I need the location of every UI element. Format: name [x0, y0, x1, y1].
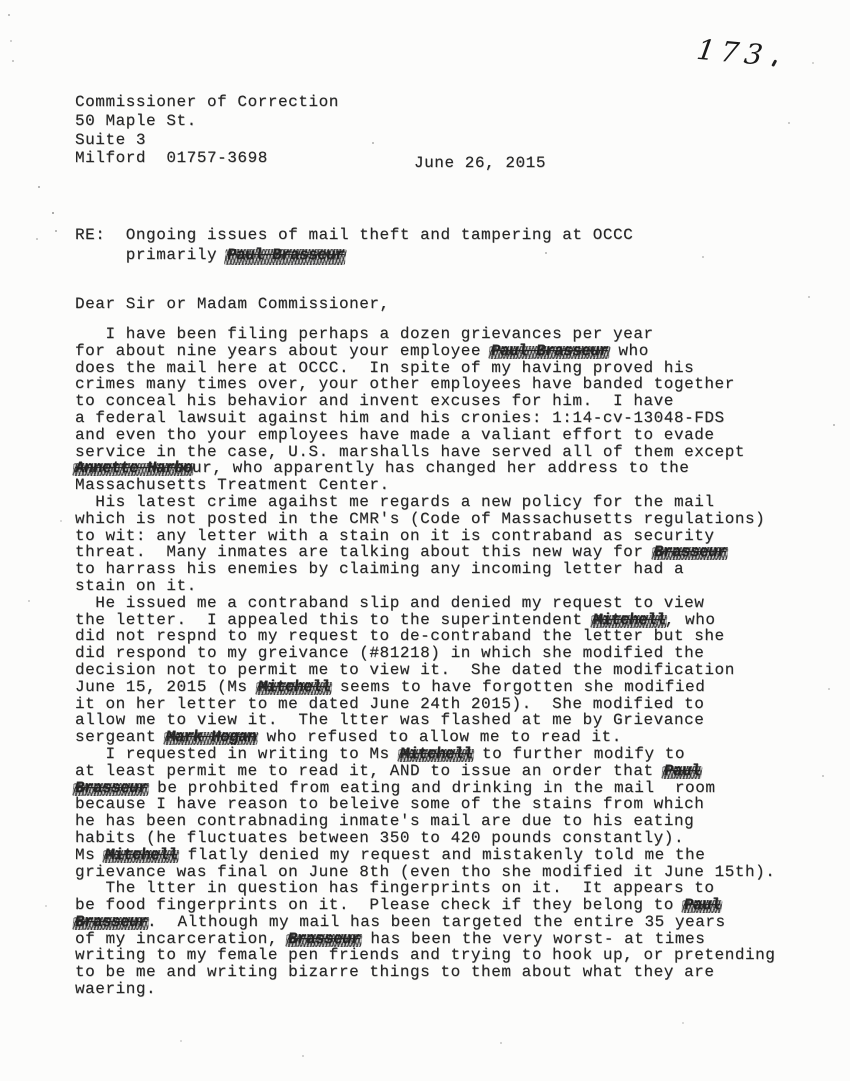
letter-body-line: Brasseur. Although my mail has been targ…	[75, 914, 775, 931]
redacted-name: Brasseur	[653, 544, 727, 561]
redacted-name: Paul	[663, 763, 701, 780]
letter-body-line: The ltter in question has fingerprints o…	[75, 880, 775, 897]
letter-body-line: decision not to permit me to view it. Sh…	[75, 662, 775, 679]
redacted-name: Brasseur	[74, 780, 148, 797]
redacted-name: Paul	[683, 897, 721, 914]
letter-body-line: threat. Many inmates are talking about t…	[75, 544, 775, 561]
redacted-name: Annette Harbo	[74, 460, 193, 477]
letter-body-line: June 15, 2015 (Ms Mitchell seems to have…	[75, 679, 775, 696]
letter-body-line: because I have reason to beleive some of…	[75, 796, 775, 813]
letter-body-line: grievance was final on June 8th (even th…	[75, 864, 775, 881]
redacted-name: Paul Brasseur	[490, 343, 609, 360]
letter-body-line: a federal lawsuit against him and his cr…	[75, 410, 775, 427]
sender-address-line: Milford 01757-3698	[75, 149, 339, 168]
letter-body-line: to wit: any letter with a stain on it is…	[75, 528, 775, 545]
letter-body-line: waering.	[75, 981, 775, 998]
letter-body-line: His latest crime agaihst me regards a ne…	[75, 494, 775, 511]
letter-body-line: it on her letter to me dated June 24th 2…	[75, 696, 775, 713]
sender-address-line: 50 Maple St.	[75, 112, 339, 131]
letter-body-line: the letter. I appealed this to the super…	[75, 612, 775, 629]
letter-body-line: service in the case, U.S. marshalls have…	[75, 444, 775, 461]
redacted-name: Mitchell	[104, 847, 178, 864]
letter-body-line: be food fingerprints on it. Please check…	[75, 897, 775, 914]
letter-body-line: to harrass his enemies by claiming any i…	[75, 561, 775, 578]
redacted-name: Brasseur	[74, 914, 148, 931]
letter-body-line: I requested in writing to Ms Mitchell to…	[75, 746, 775, 763]
salutation: Dear Sir or Madam Commissioner,	[75, 295, 390, 314]
sender-address-block: Commissioner of Correction50 Maple St.Su…	[75, 93, 339, 168]
re-subject-block: RE: Ongoing issues of mail theft and tam…	[75, 226, 633, 265]
scanned-letter-page: 173 Commissioner of Correction50 Maple S…	[0, 0, 850, 1081]
redacted-name: Brasseur	[287, 931, 361, 948]
letter-body-line: to conceal his behavior and invent excus…	[75, 393, 775, 410]
redacted-name: Mark Hogan	[165, 729, 257, 746]
letter-body-line: does the mail here at OCCC. In spite of …	[75, 360, 775, 377]
letter-body-line: to be me and writing bizarre things to t…	[75, 964, 775, 981]
letter-body-line: habits (he fluctuates between 350 to 420…	[75, 830, 775, 847]
letter-body-line: sergeant Mark Hogan who refused to allow…	[75, 729, 775, 746]
letter-body-line: he has been contrabnading inmate's mail …	[75, 813, 775, 830]
letter-body-line: stain on it.	[75, 578, 775, 595]
letter-body-line: which is not posted in the CMR's (Code o…	[75, 511, 775, 528]
letter-body-line: writing to my female pen friends and try…	[75, 947, 775, 964]
letter-body-line: Massachusetts Treatment Center.	[75, 477, 775, 494]
letter-body-line: at least permit me to read it, AND to is…	[75, 763, 775, 780]
letter-body: I have been filing perhaps a dozen griev…	[75, 326, 775, 998]
scan-noise-speckles	[0, 0, 2, 2]
letter-body-line: Brasseur be prohbited from eating and dr…	[75, 780, 775, 797]
re-subject-line: primarily Paul Brasseur	[75, 246, 633, 266]
letter-body-line: of my incarceration, Brasseur has been t…	[75, 931, 775, 948]
sender-address-line: Commissioner of Correction	[75, 93, 339, 112]
redacted-name: Paul Brasseur	[226, 246, 345, 266]
letter-body-line: Ms Mitchell flatly denied my request and…	[75, 847, 775, 864]
letter-body-line: did not respnd to my request to de-contr…	[75, 628, 775, 645]
redacted-name: Mitchell	[257, 679, 331, 696]
letter-body-line: and even tho your employees have made a …	[75, 427, 775, 444]
handwritten-page-number: 173	[695, 33, 771, 72]
letter-body-line: for about nine years about your employee…	[75, 343, 775, 360]
letter-body-line: He issued me a contraband slip and denie…	[75, 595, 775, 612]
letter-body-line: allow me to view it. The ltter was flash…	[75, 712, 775, 729]
letter-body-line: Annette Harbour, who apparently has chan…	[75, 460, 775, 477]
sender-address-line: Suite 3	[75, 131, 339, 150]
letter-body-line: crimes many times over, your other emplo…	[75, 376, 775, 393]
date-line: June 26, 2015	[414, 154, 546, 173]
redacted-name: Mitchell	[592, 612, 666, 629]
letter-body-line: did respond to my greivance (#81218) in …	[75, 645, 775, 662]
redacted-name: Mitchell	[399, 746, 473, 763]
re-subject-line: RE: Ongoing issues of mail theft and tam…	[75, 226, 633, 246]
letter-body-line: I have been filing perhaps a dozen griev…	[75, 326, 775, 343]
